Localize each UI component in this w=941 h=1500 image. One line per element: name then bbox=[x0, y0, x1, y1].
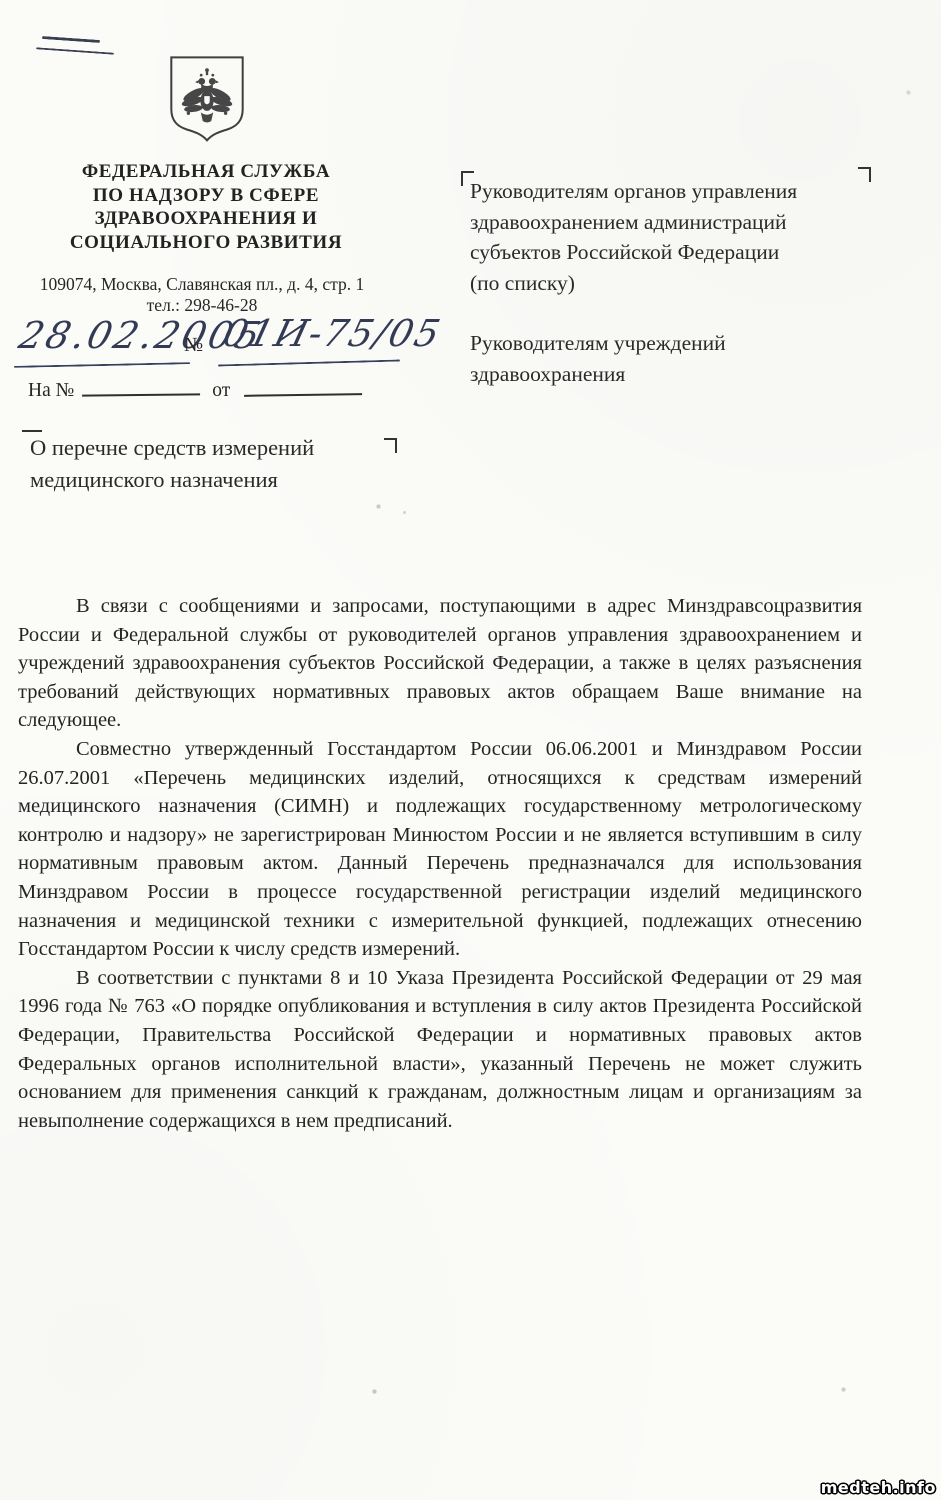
subject-line: О перечне средств измерений bbox=[30, 432, 390, 464]
letter-body: В связи с сообщениями и запросами, посту… bbox=[18, 592, 862, 1135]
ot-label: от bbox=[212, 380, 230, 401]
org-name-block: ФЕДЕРАЛЬНАЯ СЛУЖБА ПО НАДЗОРУ В СФЕРЕ ЗД… bbox=[18, 160, 394, 254]
addressee-block-2: Руководителям учреждений здравоохранения bbox=[470, 328, 880, 389]
subject-block: О перечне средств измерений медицинского… bbox=[30, 432, 390, 496]
org-name-line: ЗДРАВООХРАНЕНИЯ И bbox=[18, 207, 394, 231]
org-address-block: 109074, Москва, Славянская пл., д. 4, ст… bbox=[6, 274, 398, 316]
number-underline bbox=[218, 359, 400, 366]
addressee-line: (по списку) bbox=[470, 268, 880, 299]
addressee-line: Руководителям органов управления bbox=[470, 176, 880, 207]
na-number-label: На № bbox=[28, 380, 74, 401]
site-watermark: medteh.info bbox=[821, 1478, 936, 1497]
body-paragraph: В соответствии с пунктами 8 и 10 Указа П… bbox=[18, 964, 862, 1136]
org-address: 109074, Москва, Славянская пл., д. 4, ст… bbox=[6, 274, 398, 295]
scan-noise-specks bbox=[0, 0, 1, 1]
pen-scribble-mark bbox=[36, 47, 114, 54]
subject-line: медицинского назначения bbox=[30, 464, 390, 496]
number-sign-label: № bbox=[184, 334, 203, 357]
addressee-line: Руководителям учреждений bbox=[470, 328, 880, 359]
addressee-line: здравоохранения bbox=[470, 359, 880, 390]
pen-scribble-mark bbox=[42, 36, 100, 43]
org-name-line: ПО НАДЗОРУ В СФЕРЕ bbox=[18, 184, 394, 208]
russia-coat-of-arms-icon bbox=[168, 55, 246, 150]
addressee-block-1: Руководителям органов управления здравоо… bbox=[470, 176, 880, 298]
body-paragraph: В связи с сообщениями и запросами, посту… bbox=[18, 592, 862, 735]
reference-line: 28.02.2005 № 01И-75/05 bbox=[14, 312, 434, 372]
org-name-line: СОЦИАЛЬНОГО РАЗВИТИЯ bbox=[18, 231, 394, 255]
org-name-line: ФЕДЕРАЛЬНАЯ СЛУЖБА bbox=[18, 160, 394, 184]
handwritten-outgoing-number: 01И-75/05 bbox=[219, 314, 445, 354]
addressee-line: здравоохранением администраций bbox=[470, 207, 880, 238]
in-reply-line: На №от bbox=[28, 380, 448, 402]
incoming-date-blank bbox=[244, 379, 362, 397]
addressee-line: субъектов Российской Федерации bbox=[470, 237, 880, 268]
scanned-letter-page: ФЕДЕРАЛЬНАЯ СЛУЖБА ПО НАДЗОРУ В СФЕРЕ ЗД… bbox=[0, 0, 941, 1500]
body-paragraph: Совместно утвержденный Госстандартом Рос… bbox=[18, 735, 862, 964]
date-underline bbox=[14, 362, 190, 368]
incoming-number-blank bbox=[82, 379, 200, 396]
